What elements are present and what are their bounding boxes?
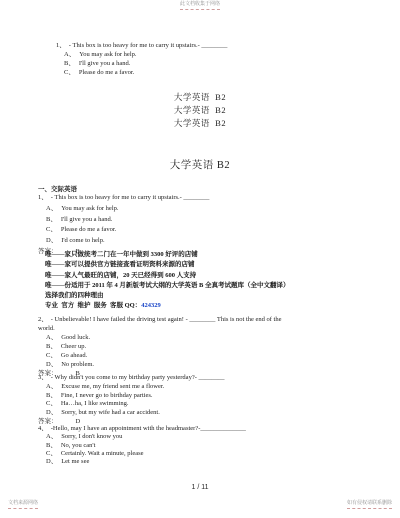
- option-label: D、: [46, 237, 57, 244]
- question-line: 2、- Unbelievable! I have failed the driv…: [38, 315, 282, 324]
- question-block-2: 2、- Unbelievable! I have failed the driv…: [38, 315, 282, 378]
- option-text: I'd come to help.: [61, 237, 104, 244]
- option-text: Cheer up.: [61, 343, 86, 350]
- question-block-3: 3、- Why didn't you come to my birthday p…: [38, 374, 225, 427]
- answer-value: D: [76, 418, 81, 425]
- question-text: -Hello, may I have an appointment with t…: [51, 425, 246, 432]
- option-line: B、Cheer up.: [38, 342, 282, 351]
- option-text: Sorry, but my wife had a car accident.: [61, 409, 160, 416]
- option-label: C、: [46, 400, 57, 407]
- page-indicator: 1 / 11: [0, 484, 400, 491]
- option-text: No problem.: [61, 361, 94, 368]
- option-label: D、: [46, 361, 57, 368]
- option-text: Certainly. Wait a minute, please: [61, 450, 144, 457]
- bottom-left-watermark: 文档来源网络: [8, 501, 38, 509]
- option-label: A、: [46, 433, 57, 440]
- option-line: D、Let me see: [38, 458, 246, 466]
- option-label: A、: [46, 383, 57, 390]
- option-label: C、: [46, 450, 57, 457]
- ad-service-prefix: 专业 官方 维护 服务 客服 QQ：: [45, 302, 141, 309]
- option-text: Please do me a favor.: [61, 226, 116, 233]
- option-line: C、Certainly. Wait a minute, please: [38, 450, 246, 458]
- ad-service-line: 专业 官方 维护 服务 客服 QQ：424329: [45, 301, 289, 311]
- option-line: A、You may ask for help.: [56, 50, 227, 59]
- course-lines: 大学英语 B2 大学英语 B2 大学英语 B2: [0, 91, 400, 129]
- course-line: 大学英语 B2: [0, 91, 400, 104]
- option-line: C、Please do me a favor.: [56, 68, 227, 77]
- question-line: 1、- This box is too heavy for me to carr…: [56, 41, 227, 50]
- option-label: C、: [46, 226, 57, 233]
- option-text: Excuse me, my friend sent me a flower.: [61, 383, 164, 390]
- option-label: C、: [64, 69, 75, 76]
- qq-number: 424329: [141, 302, 161, 309]
- option-text: Please do me a favor.: [79, 69, 134, 76]
- option-line: A、Sorry, I don't know you: [38, 433, 246, 441]
- option-line: C、Go ahead.: [38, 351, 282, 360]
- question-number: 3、: [38, 374, 48, 381]
- document-page: 此文档收集于网络 1、- This box is too heavy for m…: [0, 0, 400, 518]
- bottom-right-watermark: 如有侵权请联系删除: [347, 501, 392, 509]
- question-line: 3、- Why didn't you come to my birthday p…: [38, 374, 225, 383]
- ad-line: 唯——家人气最旺的店铺，20 天已经得到 600 人支持: [45, 271, 289, 281]
- option-line: B、I'll give you a hand.: [38, 215, 209, 226]
- question-number: 4、: [38, 425, 48, 432]
- option-line: A、You may ask for help.: [38, 204, 209, 215]
- ad-line: 唯——家只做统考二门在一年中做到 3300 好评的店铺: [45, 250, 289, 260]
- option-text: Fine, I never go to birthday parties.: [61, 392, 153, 399]
- ad-reasons: 选择我们的四种理由: [45, 291, 289, 301]
- option-label: D、: [46, 409, 57, 416]
- option-line: D、I'd come to help.: [38, 236, 209, 247]
- option-text: No, you can't: [61, 442, 96, 449]
- answer-label: 答案：: [38, 418, 58, 425]
- question-text: - This box is too heavy for me to carry …: [69, 42, 228, 49]
- question-block-4: 4、-Hello, may I have an appointment with…: [38, 425, 246, 466]
- question-line: 1、- This box is too heavy for me to carr…: [38, 193, 209, 204]
- option-label: B、: [46, 392, 57, 399]
- option-label: D、: [46, 458, 57, 465]
- option-line: C、Ha…ha, I like swimming.: [38, 400, 225, 409]
- option-line: B、I'll give you a hand.: [56, 59, 227, 68]
- option-label: A、: [46, 205, 57, 212]
- question-text: - This box is too heavy for me to carry …: [51, 194, 210, 201]
- question-text-wrap: world.: [38, 324, 282, 333]
- option-line: B、No, you can't: [38, 442, 246, 450]
- section-heading: 一、交际英语: [38, 184, 77, 193]
- question-number: 1、: [38, 194, 48, 201]
- question-number: 1、: [56, 42, 66, 49]
- option-text: Let me see: [61, 458, 89, 465]
- option-line: C、Please do me a favor.: [38, 225, 209, 236]
- course-line: 大学英语 B2: [0, 117, 400, 130]
- top-watermark: 此文档收集于网络: [180, 2, 220, 10]
- option-text: Sorry, I don't know you: [61, 433, 122, 440]
- question-line: 4、-Hello, may I have an appointment with…: [38, 425, 246, 433]
- option-label: B、: [46, 442, 57, 449]
- option-label: C、: [46, 352, 57, 359]
- option-line: D、No problem.: [38, 360, 282, 369]
- option-text: Good luck.: [61, 334, 90, 341]
- option-text: You may ask for help.: [61, 205, 118, 212]
- question-text: - Unbelievable! I have failed the drivin…: [51, 316, 282, 323]
- option-line: A、Good luck.: [38, 333, 282, 342]
- ad-block: 唯——家只做统考二门在一年中做到 3300 好评的店铺 唯——家可以提供官方链接…: [45, 250, 289, 312]
- option-text: Ha…ha, I like swimming.: [61, 400, 129, 407]
- option-text: I'll give you a hand.: [61, 216, 113, 223]
- option-label: B、: [64, 60, 75, 67]
- option-line: D、Sorry, but my wife had a car accident.: [38, 409, 225, 418]
- option-line: B、Fine, I never go to birthday parties.: [38, 392, 225, 401]
- document-title: 大学英语 B2: [0, 157, 400, 172]
- option-label: A、: [46, 334, 57, 341]
- course-line: 大学英语 B2: [0, 104, 400, 117]
- question-text: - Why didn't you come to my birthday par…: [51, 374, 225, 381]
- option-text: Go ahead.: [61, 352, 87, 359]
- option-label: B、: [46, 216, 57, 223]
- ad-line: 唯——份适用于 2011 年 4 月新版考试大纲的大学英语 B 全真考试题库（全…: [45, 281, 289, 291]
- option-label: A、: [64, 51, 75, 58]
- question-number: 2、: [38, 316, 48, 323]
- ad-line: 唯——家可以提供官方链接查看证明资料来源的店铺: [45, 260, 289, 270]
- option-text: You may ask for help.: [79, 51, 136, 58]
- option-line: A、Excuse me, my friend sent me a flower.: [38, 383, 225, 392]
- option-text: I'll give you a hand.: [79, 60, 131, 67]
- question-block-1: 1、- This box is too heavy for me to carr…: [38, 193, 209, 258]
- preview-question-block: 1、- This box is too heavy for me to carr…: [56, 41, 227, 77]
- option-label: B、: [46, 343, 57, 350]
